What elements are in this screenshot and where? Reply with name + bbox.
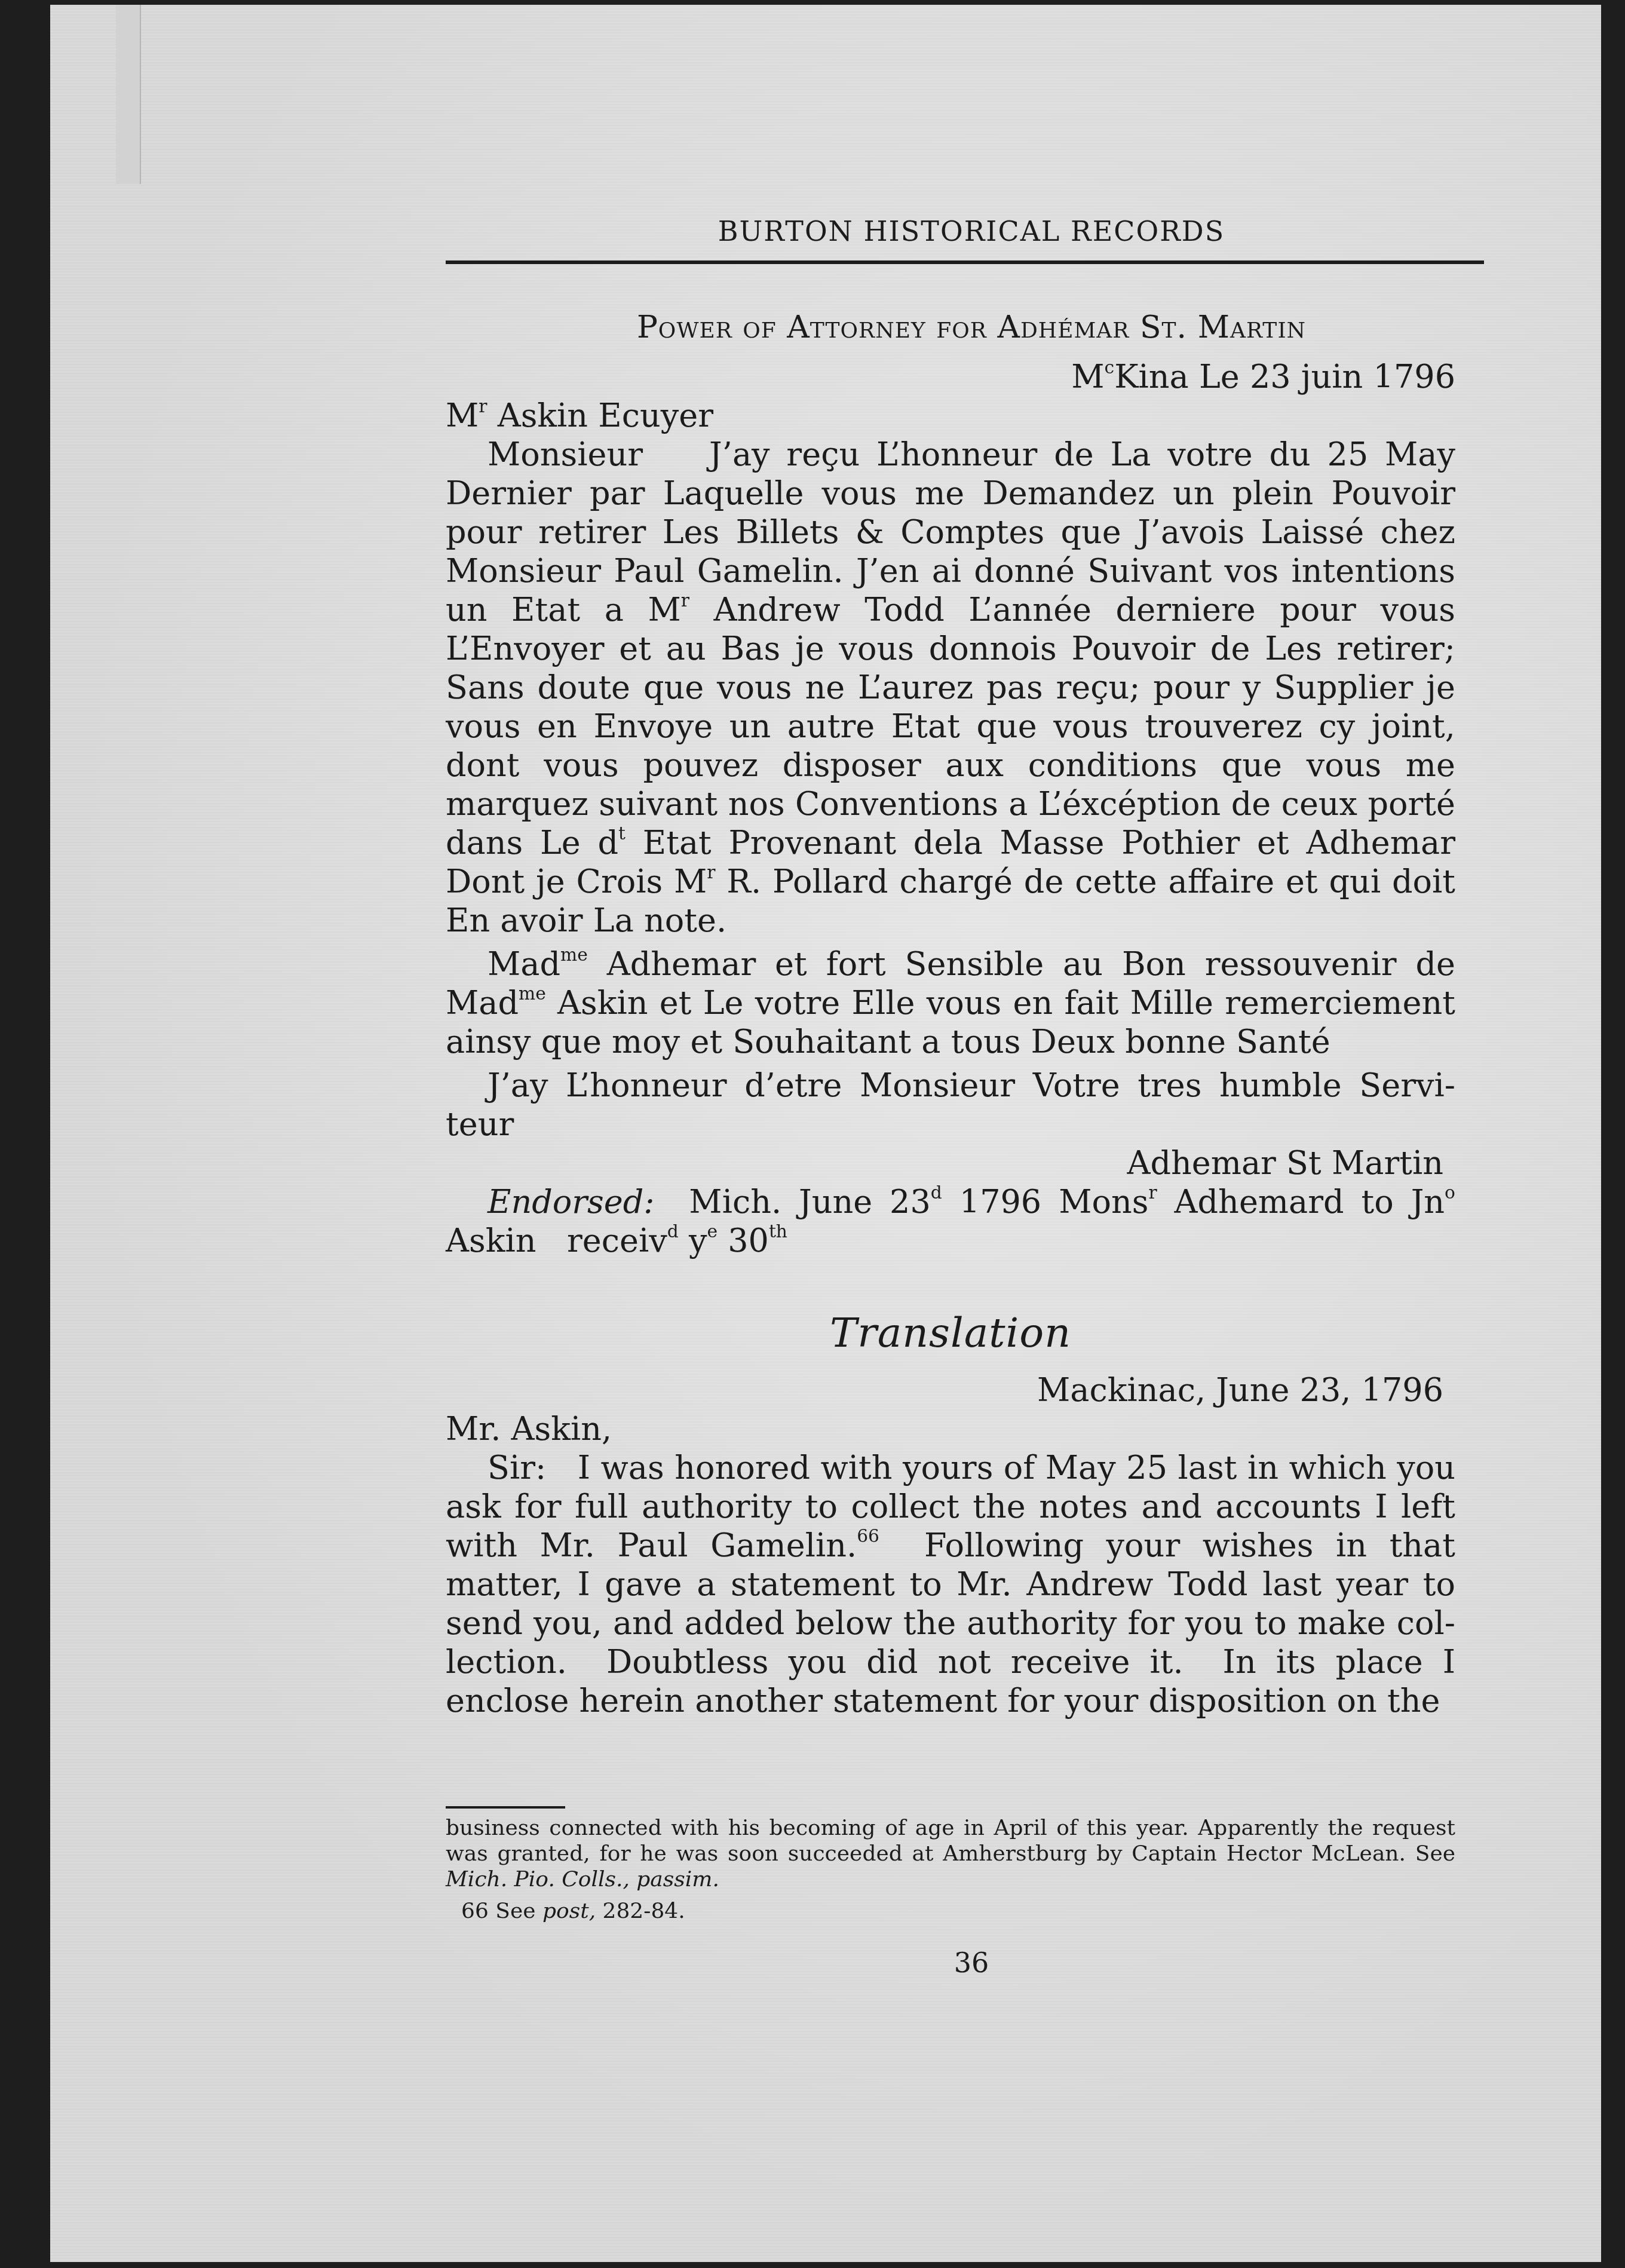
- translation-heading: Translation: [446, 1314, 1455, 1353]
- footnote-rule: [446, 1806, 565, 1809]
- translation-salutation: Mr. Askin,: [446, 1409, 1455, 1448]
- header-rule: [446, 260, 1484, 264]
- letter-salutation: Mr Askin Ecuyer: [446, 396, 1455, 435]
- translation-dateline: Mackinac, June 23, 1796: [446, 1371, 1455, 1409]
- document-title: Power of Attorney for Adhémar St. Martin: [446, 309, 1497, 345]
- letter-paragraph-2: Madme Adhemar et fort Sensible au Bon re…: [446, 945, 1455, 1061]
- endorsement: Endorsed: Mich. June 23d 1796 Monsr Adhe…: [446, 1182, 1455, 1260]
- letter-signature: Adhemar St Martin: [446, 1144, 1455, 1182]
- letter-body: McKina Le 23 juin 1796 Mr Askin Ecuyer M…: [446, 357, 1455, 1720]
- letter-dateline: McKina Le 23 juin 1796: [446, 357, 1455, 396]
- paper-tab-edge: [116, 5, 141, 184]
- translation-paragraph-1: Sir: I was honored with yours of May 25 …: [446, 1448, 1455, 1720]
- footnote-66: 66 See post, 282-84.: [446, 1898, 1455, 1924]
- running-head: BURTON HISTORICAL RECORDS: [446, 215, 1497, 247]
- letter-paragraph-1: Monsieur J’ay reçu L’honneur de La votre…: [446, 435, 1455, 940]
- footnote-continued: business connected with his becoming of …: [446, 1815, 1455, 1892]
- scanned-page: BURTON HISTORICAL RECORDS Power of Attor…: [50, 5, 1601, 2262]
- footnote-ref-66[interactable]: 66: [857, 1526, 879, 1547]
- letter-closing: J’ay L’honneur d’etre Monsieur Votre tre…: [446, 1066, 1455, 1144]
- footnotes: business connected with his becoming of …: [446, 1815, 1455, 1924]
- page-number: 36: [446, 1947, 1497, 1979]
